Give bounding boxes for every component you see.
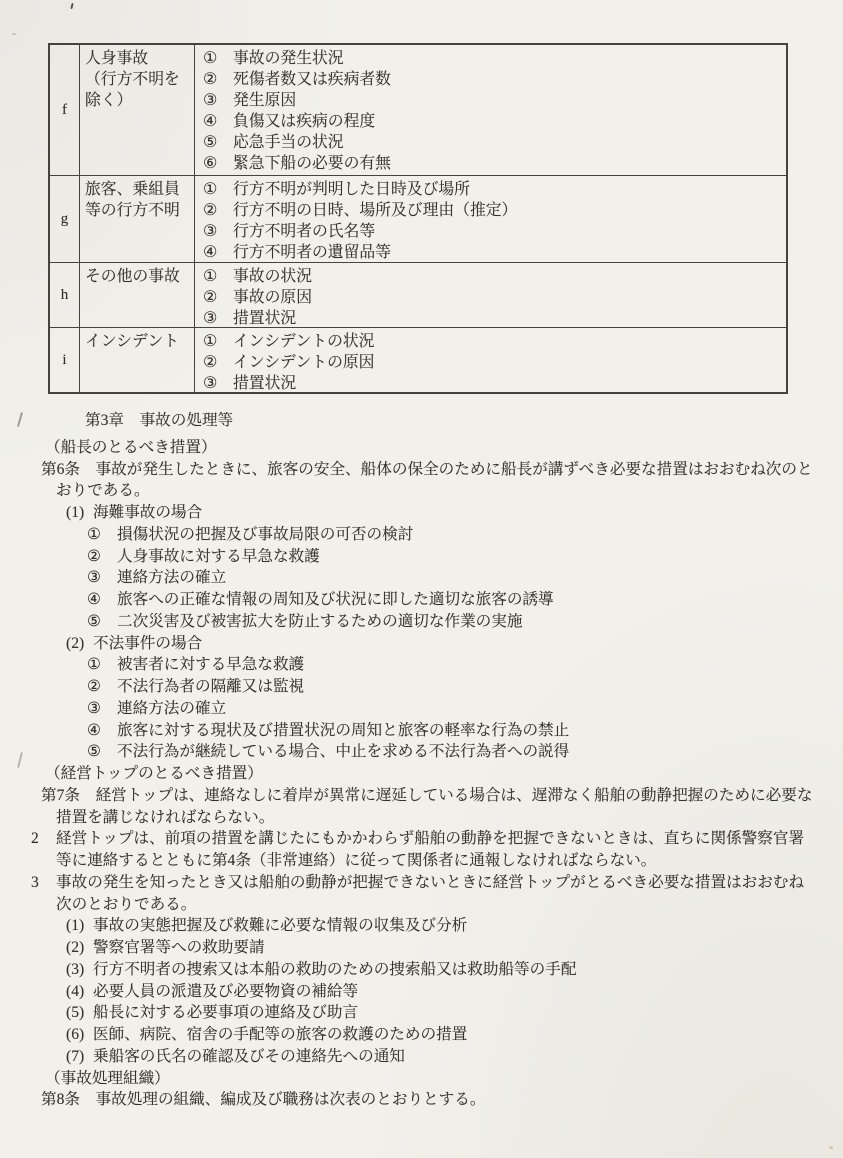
category-line: 人身事故: [85, 48, 192, 69]
table-row: g旅客、乗組員等の行方不明①行方不明が判明した日時及び場所②行方不明の日時、場所…: [50, 175, 786, 262]
row-key-cell: f: [50, 45, 80, 175]
item-line: ①事故の発生状況: [203, 48, 782, 69]
body-line-num2: ③連絡方法の確立: [0, 698, 843, 720]
item-text: インシデントの原因: [233, 352, 374, 373]
category-cell: インシデント: [80, 328, 195, 392]
line-text: 二次災害及び被害拡大を防止するための適切な作業の実施: [117, 613, 522, 630]
line-marker: ②: [87, 546, 117, 568]
line-marker: ①: [87, 524, 117, 546]
line-text: 海難事故の場合: [93, 504, 202, 521]
line-marker: (1): [66, 915, 93, 937]
table-row: f人身事故（行方不明を除く）①事故の発生状況②死傷者数又は疾病者数③発生原因④負…: [50, 45, 786, 175]
body-line-cont: 措置を講じなければならない。: [0, 807, 843, 829]
line-text: 不法事件の場合: [93, 635, 202, 652]
line-marker: (5): [66, 1002, 93, 1024]
body-line-num1: (6)医師、病院、宿舎の手配等の旅客の救護のための措置: [0, 1024, 843, 1046]
item-line: ②死傷者数又は疾病者数: [203, 69, 782, 90]
line-marker: (7): [66, 1046, 93, 1068]
category-line: （行方不明を: [85, 69, 192, 90]
body-line-num2: ⑤二次災害及び被害拡大を防止するための適切な作業の実施: [0, 611, 843, 633]
item-text: 措置状況: [233, 308, 296, 327]
items-cell: ①事故の状況②事故の原因③措置状況: [195, 263, 786, 327]
document-body-text: 第3章 事故の処理等（船長のとるべき措置）第6条 事故が発生したときに、旅客の安…: [0, 410, 843, 1111]
item-text: 緊急下船の必要の有無: [233, 153, 391, 174]
category-line: インシデント: [85, 331, 192, 352]
row-key-cell: g: [50, 176, 80, 262]
body-line-cont: 等に連絡するとともに第4条（非常連絡）に従って関係者に通報しなければならない。: [0, 850, 843, 872]
item-text: 死傷者数又は疾病者数: [233, 69, 391, 90]
line-marker: ⑤: [87, 611, 117, 633]
line-marker: 2: [31, 828, 56, 850]
body-line-num2: ①損傷状況の把握及び事故局限の可否の検討: [0, 524, 843, 546]
line-marker: (2): [66, 937, 93, 959]
body-line-num1: (7)乗船客の氏名の確認及びその連絡先への通知: [0, 1046, 843, 1068]
item-text: 行方不明が判明した日時及び場所: [233, 179, 470, 200]
body-line-paren: （経営トップのとるべき措置）: [0, 763, 843, 785]
body-line-num2: ②不法行為者の隔離又は監視: [0, 676, 843, 698]
item-text: 負傷又は疾病の程度: [233, 111, 375, 132]
item-number: ③: [203, 221, 233, 242]
line-text: 不法行為が継続している場合、中止を求める不法行為者への説得: [117, 743, 569, 760]
line-marker: ④: [87, 720, 117, 742]
item-number: ⑤: [203, 132, 233, 153]
item-line: ①事故の状況: [203, 266, 782, 287]
line-marker: 3: [31, 872, 56, 894]
body-line-num1: (2)警察官署等への救助要請: [0, 937, 843, 959]
item-line: ③発生原因: [203, 90, 782, 111]
item-line: ①行方不明が判明した日時及び場所: [203, 179, 782, 200]
table-row: iインシデント①インシデントの状況②インシデントの原因③措置状況: [50, 327, 786, 392]
line-text: 連絡方法の確立: [117, 700, 226, 717]
category-cell: 旅客、乗組員等の行方不明: [80, 176, 195, 262]
line-text: 行方不明者の捜索又は本船の救助のための捜索船又は救助船等の手配: [93, 961, 576, 978]
item-number: ⑥: [203, 153, 233, 174]
item-text: 応急手当の状況: [233, 132, 344, 153]
item-text: 行方不明の日時、場所及び理由（推定）: [233, 200, 517, 221]
table-row: hその他の事故①事故の状況②事故の原因③措置状況: [50, 262, 786, 327]
item-number: ①: [203, 179, 233, 200]
body-line-num2: ③連絡方法の確立: [0, 567, 843, 589]
scan-artifact-dot: [12, 33, 16, 35]
item-number: ③: [203, 308, 233, 327]
body-line-num2: ⑤不法行為が継続している場合、中止を求める不法行為者への説得: [0, 741, 843, 763]
line-text: 旅客に対する現状及び措置状況の周知と旅客の軽率な行為の禁止: [117, 722, 569, 739]
item-line: ⑤応急手当の状況: [203, 132, 782, 153]
item-text: 行方不明者の遺留品等: [233, 242, 391, 262]
category-line: 旅客、乗組員: [85, 179, 192, 200]
item-number: ③: [203, 90, 233, 111]
body-line-article: 第8条 事故処理の組織、編成及び職務は次表のとおりとする。: [0, 1089, 843, 1111]
body-line-num2: ②人身事故に対する早急な救護: [0, 546, 843, 568]
body-line-num2: ④旅客への正確な情報の周知及び状況に即した適切な旅客の誘導: [0, 589, 843, 611]
line-text: 不法行為者の隔離又は監視: [117, 678, 304, 695]
category-line: その他の事故: [85, 266, 192, 287]
category-cell: その他の事故: [80, 263, 195, 327]
body-line-cont: おりである。: [0, 480, 843, 502]
item-line: ②行方不明の日時、場所及び理由（推定）: [203, 200, 782, 221]
scan-artifact-tick: [70, 3, 73, 9]
body-line-num2: ①被害者に対する早急な救護: [0, 654, 843, 676]
category-line: 等の行方不明: [85, 200, 192, 221]
item-number: ①: [203, 266, 233, 287]
body-line-article: 第6条 事故が発生したときに、旅客の安全、船体の保全のために船長が講ずべき必要な…: [0, 459, 843, 481]
item-text: 事故の状況: [233, 266, 312, 287]
item-text: 発生原因: [233, 90, 296, 111]
body-line-cont: 次のとおりである。: [0, 894, 843, 916]
item-number: ②: [203, 352, 233, 373]
item-number: ①: [203, 48, 233, 69]
line-marker: (6): [66, 1024, 93, 1046]
line-marker: ③: [87, 698, 117, 720]
items-cell: ①事故の発生状況②死傷者数又は疾病者数③発生原因④負傷又は疾病の程度⑤応急手当の…: [195, 45, 786, 175]
item-number: ④: [203, 242, 233, 262]
item-text: 行方不明者の氏名等: [233, 221, 375, 242]
body-line-para: 3事故の発生を知ったとき又は船舶の動静が把握できないときに経営トップがとるべき必…: [0, 872, 843, 894]
item-line: ③措置状況: [203, 373, 782, 392]
line-marker: ④: [87, 589, 117, 611]
line-marker: ②: [87, 676, 117, 698]
row-key-cell: i: [50, 328, 80, 392]
body-line-paren: （事故処理組織）: [0, 1068, 843, 1090]
item-line: ①インシデントの状況: [203, 331, 782, 352]
line-text: 旅客への正確な情報の周知及び状況に即した適切な旅客の誘導: [117, 591, 554, 608]
item-line: ③措置状況: [203, 308, 782, 327]
line-text: 事故の発生を知ったとき又は船舶の動静が把握できないときに経営トップがとるべき必要…: [56, 874, 804, 891]
line-marker: (2): [66, 633, 93, 655]
scan-artifact-dot: [829, 1146, 833, 1149]
item-text: 事故の原因: [233, 287, 312, 308]
items-cell: ①インシデントの状況②インシデントの原因③措置状況: [195, 328, 786, 392]
body-line-para: 2経営トップは、前項の措置を講じたにもかかわらず船舶の動静を把握できないときは、…: [0, 828, 843, 850]
item-text: 措置状況: [233, 373, 296, 392]
body-line-chapter: 第3章 事故の処理等: [0, 410, 843, 432]
line-marker: (1): [66, 502, 93, 524]
item-number: ①: [203, 331, 233, 352]
item-line: ④行方不明者の遺留品等: [203, 242, 782, 262]
item-number: ④: [203, 111, 233, 132]
category-line: 除く）: [85, 90, 192, 111]
body-line-num1: (3)行方不明者の捜索又は本船の救助のための捜索船又は救助船等の手配: [0, 959, 843, 981]
body-line-num2: ④旅客に対する現状及び措置状況の周知と旅客の軽率な行為の禁止: [0, 720, 843, 742]
line-text: 船長に対する必要事項の連絡及び助言: [93, 1004, 358, 1021]
line-marker: (3): [66, 959, 93, 981]
line-text: 人身事故に対する早急な救護: [117, 548, 320, 565]
item-number: ②: [203, 287, 233, 308]
category-cell: 人身事故（行方不明を除く）: [80, 45, 195, 175]
body-line-paren: （船長のとるべき措置）: [0, 437, 843, 459]
body-line-num1: (4)必要人員の派遣及び必要物資の補給等: [0, 981, 843, 1003]
body-line-num1: (5)船長に対する必要事項の連絡及び助言: [0, 1002, 843, 1024]
item-line: ③行方不明者の氏名等: [203, 221, 782, 242]
line-marker: ③: [87, 567, 117, 589]
item-number: ②: [203, 200, 233, 221]
items-cell: ①行方不明が判明した日時及び場所②行方不明の日時、場所及び理由（推定）③行方不明…: [195, 176, 786, 262]
scanned-document-page: f人身事故（行方不明を除く）①事故の発生状況②死傷者数又は疾病者数③発生原因④負…: [0, 0, 843, 1158]
item-number: ②: [203, 69, 233, 90]
item-text: 事故の発生状況: [233, 48, 344, 69]
item-text: インシデントの状況: [233, 331, 374, 352]
line-text: 必要人員の派遣及び必要物資の補給等: [93, 983, 358, 1000]
item-line: ④負傷又は疾病の程度: [203, 111, 782, 132]
line-text: 乗船客の氏名の確認及びその連絡先への通知: [93, 1048, 405, 1065]
body-line-num1: (1)海難事故の場合: [0, 502, 843, 524]
line-marker: (4): [66, 981, 93, 1003]
line-text: 被害者に対する早急な救護: [117, 656, 304, 673]
line-text: 事故の実態把握及び救難に必要な情報の収集及び分析: [93, 917, 467, 934]
row-key-cell: h: [50, 263, 80, 327]
item-line: ⑥緊急下船の必要の有無: [203, 153, 782, 174]
line-text: 損傷状況の把握及び事故局限の可否の検討: [117, 526, 413, 543]
line-text: 連絡方法の確立: [117, 569, 226, 586]
line-marker: ①: [87, 654, 117, 676]
item-line: ②インシデントの原因: [203, 352, 782, 373]
line-text: 医師、病院、宿舎の手配等の旅客の救護のための措置: [93, 1026, 467, 1043]
line-text: 経営トップは、前項の措置を講じたにもかかわらず船舶の動静を把握できないときは、直…: [56, 830, 804, 847]
line-marker: ⑤: [87, 741, 117, 763]
line-text: 警察官署等への救助要請: [93, 939, 265, 956]
body-line-num1: (1)事故の実態把握及び救難に必要な情報の収集及び分析: [0, 915, 843, 937]
item-line: ②事故の原因: [203, 287, 782, 308]
body-line-num1: (2)不法事件の場合: [0, 633, 843, 655]
body-line-article: 第7条 経営トップは、連絡なしに着岸が異常に遅延している場合は、遅滞なく船舶の動…: [0, 785, 843, 807]
accident-report-items-table: f人身事故（行方不明を除く）①事故の発生状況②死傷者数又は疾病者数③発生原因④負…: [48, 43, 788, 394]
item-number: ③: [203, 373, 233, 392]
